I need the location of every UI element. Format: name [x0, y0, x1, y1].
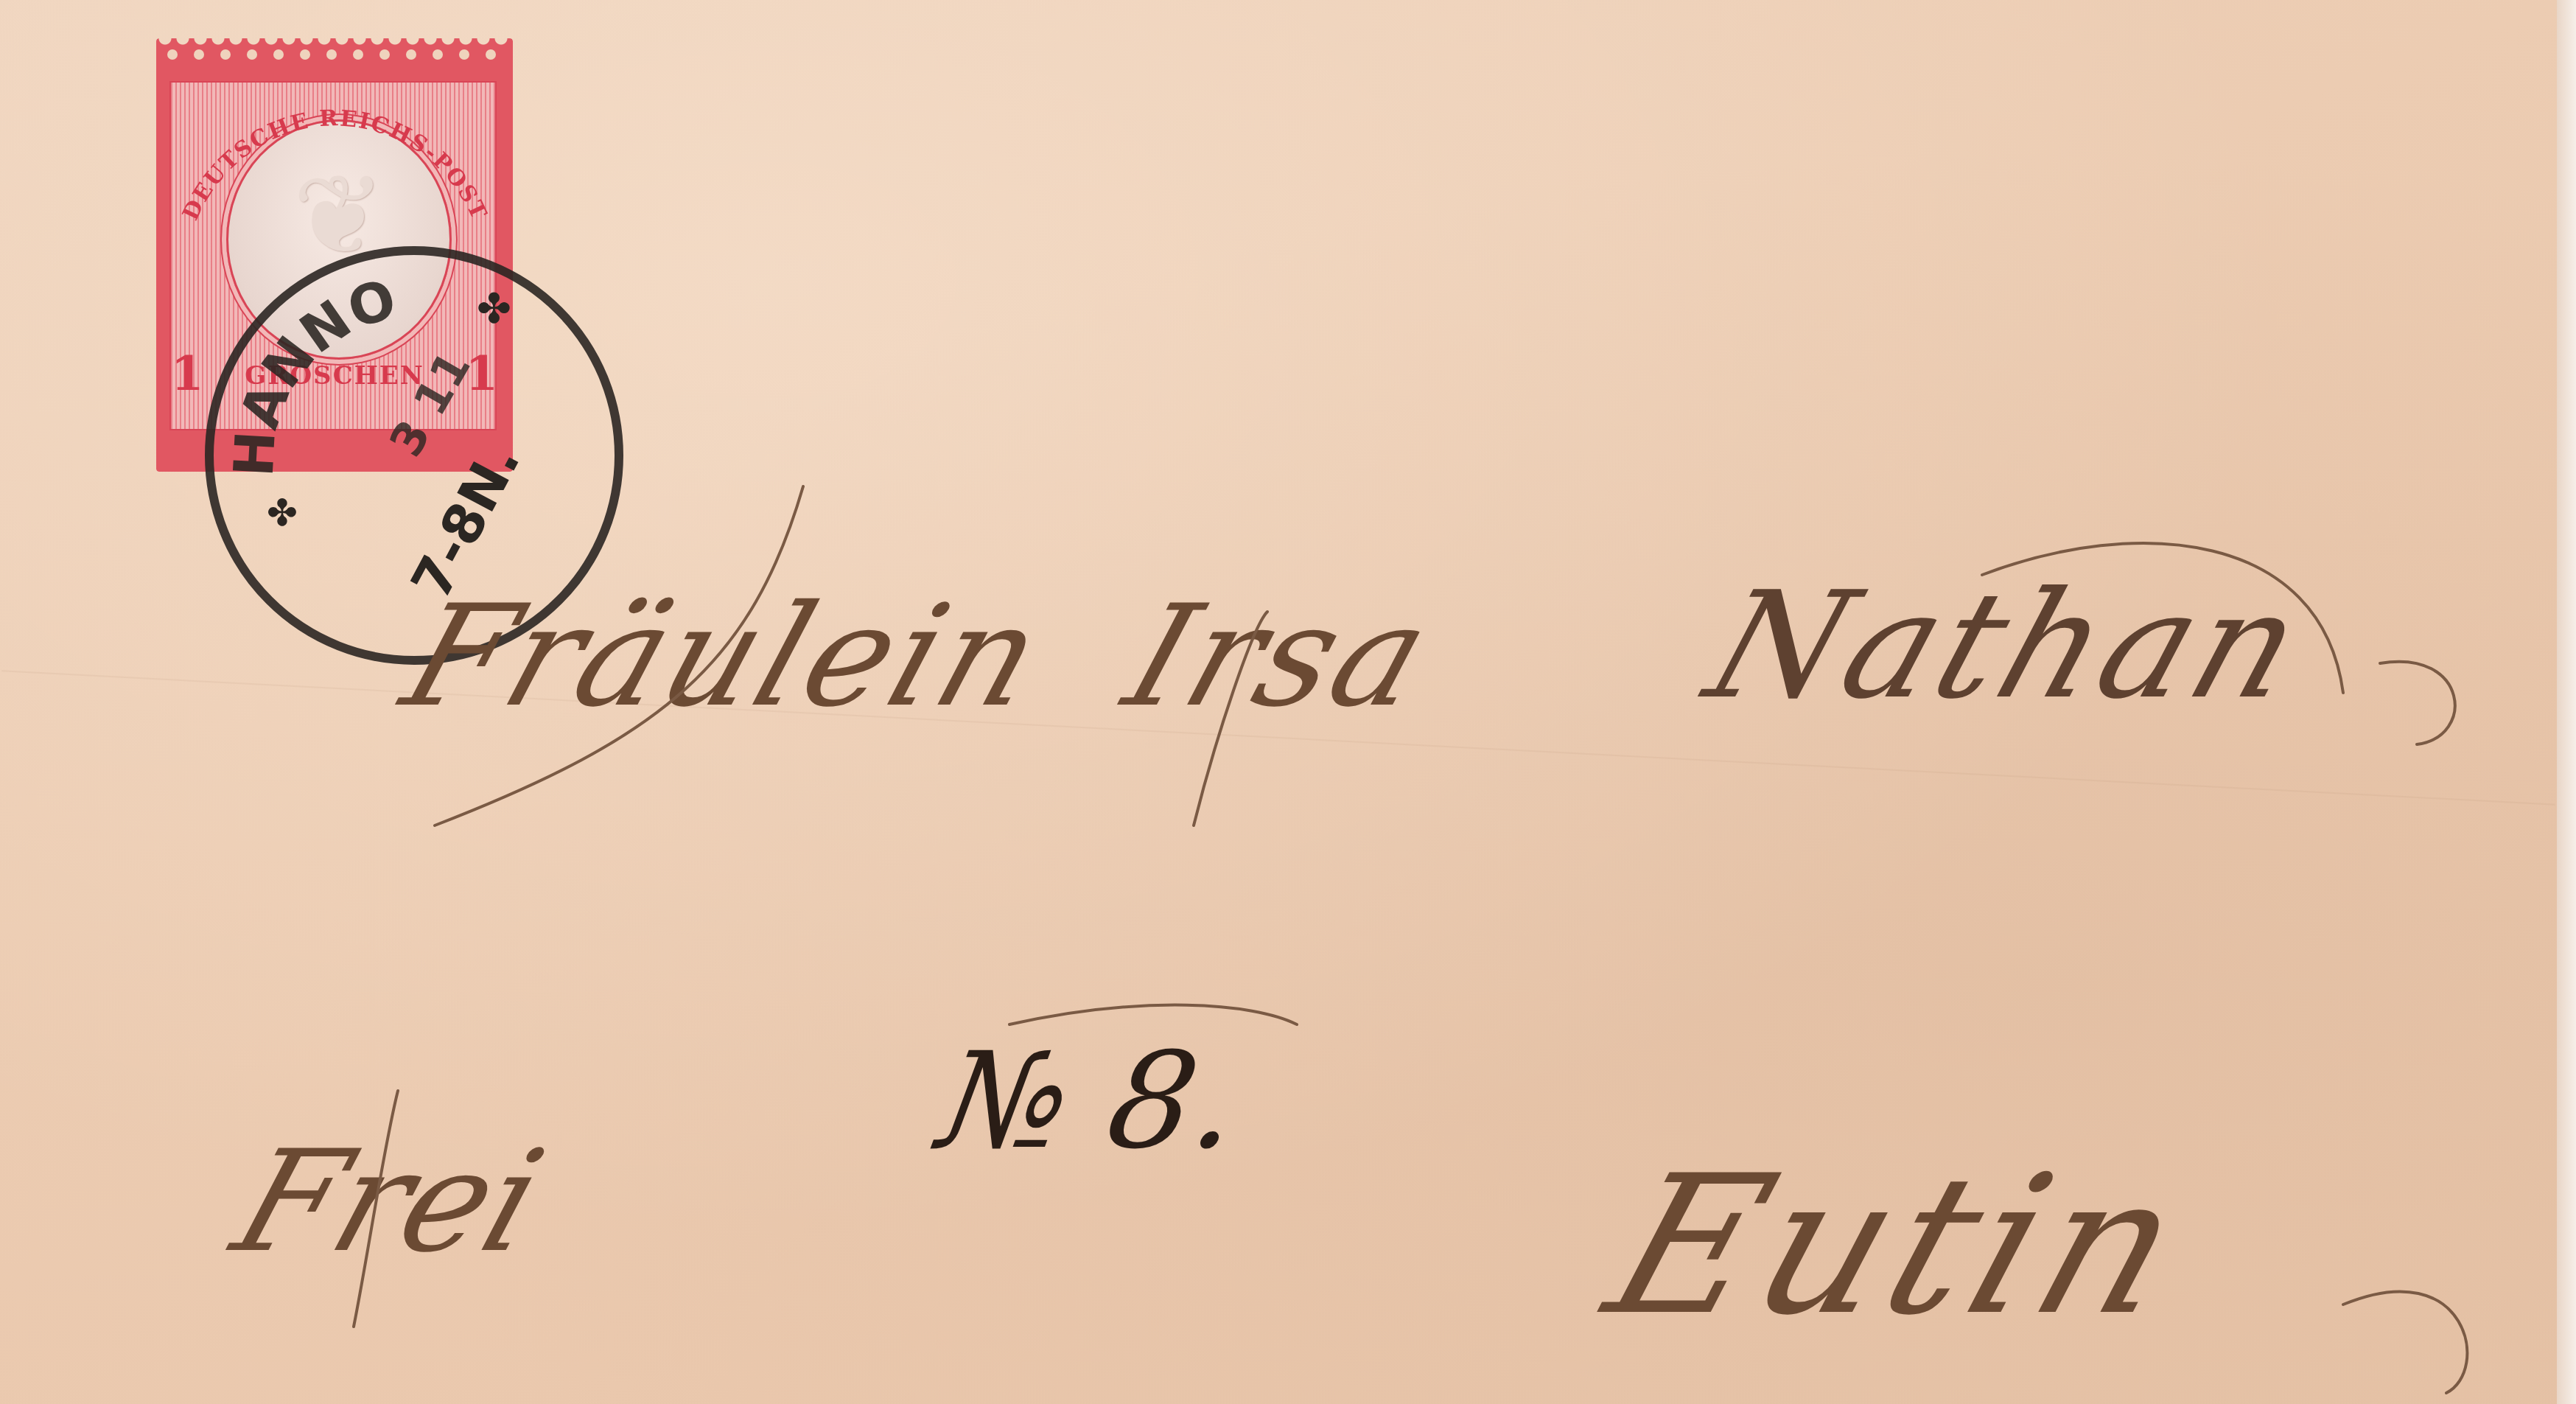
postmark-ornament-icon: ✤	[477, 285, 511, 333]
stamp-issuer-text: DEUTSCHE REICHS-POST	[178, 105, 492, 224]
envelope-edge	[2557, 0, 2576, 1404]
address-first-name: Irsa	[1108, 575, 1450, 738]
address-city: Eutin	[1585, 1135, 2211, 1358]
postmark-ornament-icon: ✤	[267, 492, 298, 534]
postage-note: Frei	[217, 1120, 561, 1283]
postmark-date: 3 11	[379, 342, 481, 465]
address-salutation: Fräulein	[386, 575, 1063, 738]
address-surname: Nathan	[1689, 560, 2325, 732]
svg-text:DEUTSCHE REICHS-POST: DEUTSCHE REICHS-POST	[178, 105, 492, 224]
address-house-number: № 8.	[930, 1024, 1251, 1178]
